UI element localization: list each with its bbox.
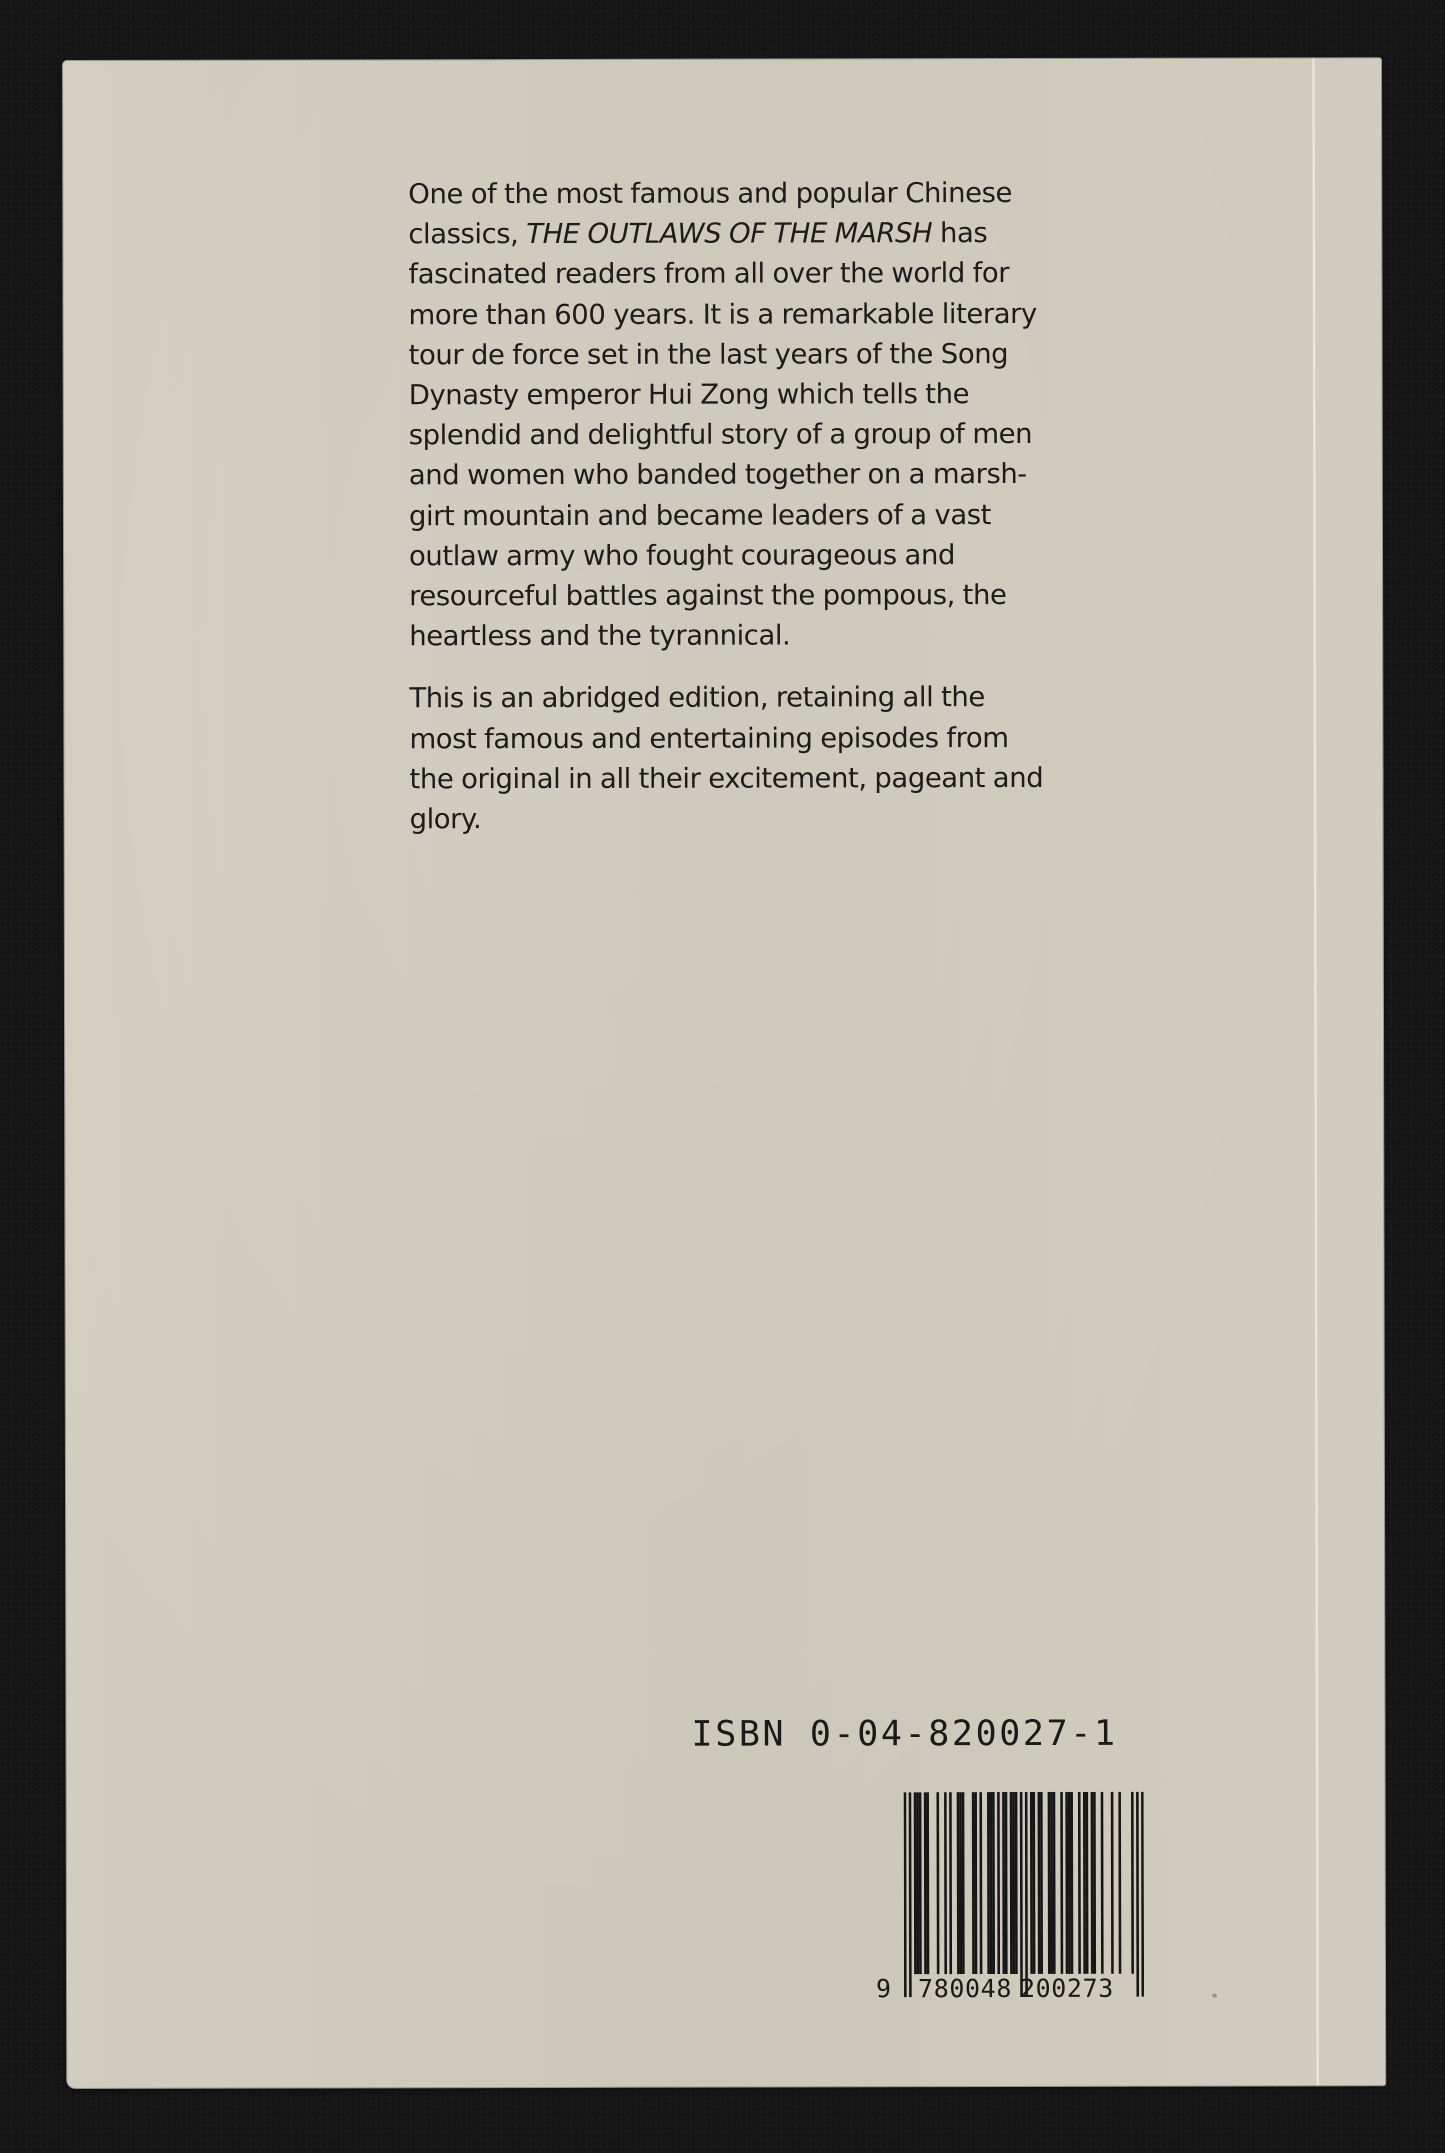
blurb-text: has fascinated readers from all over the… <box>408 217 1036 652</box>
barcode: 9 780048200273 <box>854 1792 1184 2023</box>
book-title: THE OUTLAWS OF THE MARSH <box>526 217 932 250</box>
barcode-digits: 780048200273 <box>918 1974 1114 2003</box>
isbn-label: ISBN 0-04-820027-1 <box>691 1714 1117 1755</box>
blurb-paragraph-1: One of the most famous and popular Chine… <box>408 173 1049 657</box>
book-back-cover: One of the most famous and popular Chine… <box>63 58 1385 2088</box>
barcode-left-digits: 780048 <box>918 1974 1012 2003</box>
spine-crease <box>1312 58 1319 2085</box>
barcode-lead-digit: 9 <box>876 1974 891 2003</box>
blurb-paragraph-2: This is an abridged edition, retaining a… <box>409 677 1049 839</box>
cover-scuff <box>1212 1994 1217 1998</box>
barcode-right-digits: 200273 <box>1020 1974 1114 2003</box>
cover-blurb: One of the most famous and popular Chine… <box>408 173 1049 840</box>
barcode-bars-icon <box>904 1792 1144 1998</box>
